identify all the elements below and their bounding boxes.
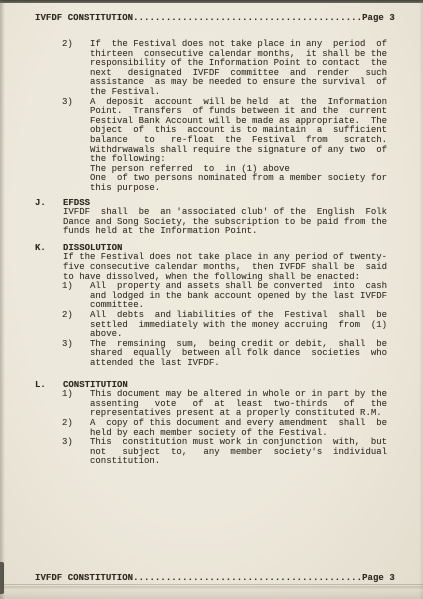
section-constitution: L.CONSTITUTION1)This document may be alt… <box>35 381 400 467</box>
scan-edge-bottom <box>0 586 423 599</box>
document-body: 2)If the Festival does not take place in… <box>35 40 400 467</box>
numbered-item: 2)All debts and liabilities of the Festi… <box>62 311 400 340</box>
section-dissolution: K.DISSOLUTIONIf the Festival does not ta… <box>35 244 400 369</box>
scan-edge-top <box>0 0 423 3</box>
section-letter: K. <box>35 244 63 254</box>
section-letter: J. <box>35 199 63 209</box>
footer-dot-leader: ........................................… <box>133 573 362 583</box>
item-line: settled immediately with the money accru… <box>90 321 387 331</box>
item-number: 3) <box>62 438 90 467</box>
item-number: 1) <box>62 390 90 419</box>
item-number: 2) <box>62 40 90 98</box>
item-text: A copy of this document and every amendm… <box>90 419 387 438</box>
numbered-item: 3)A deposit account will be held at the … <box>62 98 400 194</box>
scan-edge-left <box>0 0 5 599</box>
item-text: This document may be altered in whole or… <box>90 390 387 419</box>
footer-title: IVFDF CONSTITUTION <box>35 573 133 583</box>
item-number: 1) <box>62 282 90 311</box>
scanned-document-page: IVFDF CONSTITUTION......................… <box>0 0 423 599</box>
numbered-item: 2)If the Festival does not take place in… <box>62 40 400 98</box>
item-text: The remsining sum, being credit or debit… <box>90 340 387 369</box>
item-number: 3) <box>62 340 90 369</box>
numbered-item: 2)A copy of this document and every amen… <box>62 419 400 438</box>
page-header-line: IVFDF CONSTITUTION......................… <box>35 13 395 23</box>
item-line: constitution. <box>90 457 387 467</box>
item-text: This constitution must work in conjuncti… <box>90 438 387 467</box>
item-number: 2) <box>62 419 90 438</box>
page-footer-line: IVFDF CONSTITUTION......................… <box>35 573 395 583</box>
item-number: 2) <box>62 311 90 340</box>
item-line: attended the last IVFDF. <box>90 359 387 369</box>
header-title: IVFDF CONSTITUTION <box>35 13 133 23</box>
numbered-item: 3)This constitution must work in conjunc… <box>62 438 400 467</box>
item-number: 3) <box>62 98 90 194</box>
item-text: All property and assets shall be convert… <box>90 282 387 311</box>
scan-edge-right <box>419 0 423 599</box>
footer-page-number: Page 3 <box>362 573 395 583</box>
numbered-item: 1)All property and assets shall be conve… <box>62 282 400 311</box>
item-text: All debts and liabilities of the Festiva… <box>90 311 387 340</box>
section-body-line: funds held at the Information Point. <box>63 227 400 237</box>
numbered-item: 3)The remsining sum, being credit or deb… <box>62 340 400 369</box>
section-efdss: J.EFDSSIVFDF shall be an 'associated clu… <box>35 199 400 237</box>
paper-crease <box>0 584 423 585</box>
header-page-number: Page 3 <box>362 13 395 23</box>
item-line: this purpose. <box>90 184 387 194</box>
section-letter: L. <box>35 381 63 391</box>
item-text: If the Festival does not take place in a… <box>90 40 387 98</box>
item-text: A deposit account will be held at the In… <box>90 98 387 194</box>
numbered-item: 1)This document may be altered in whole … <box>62 390 400 419</box>
header-dot-leader: ........................................… <box>133 13 362 23</box>
